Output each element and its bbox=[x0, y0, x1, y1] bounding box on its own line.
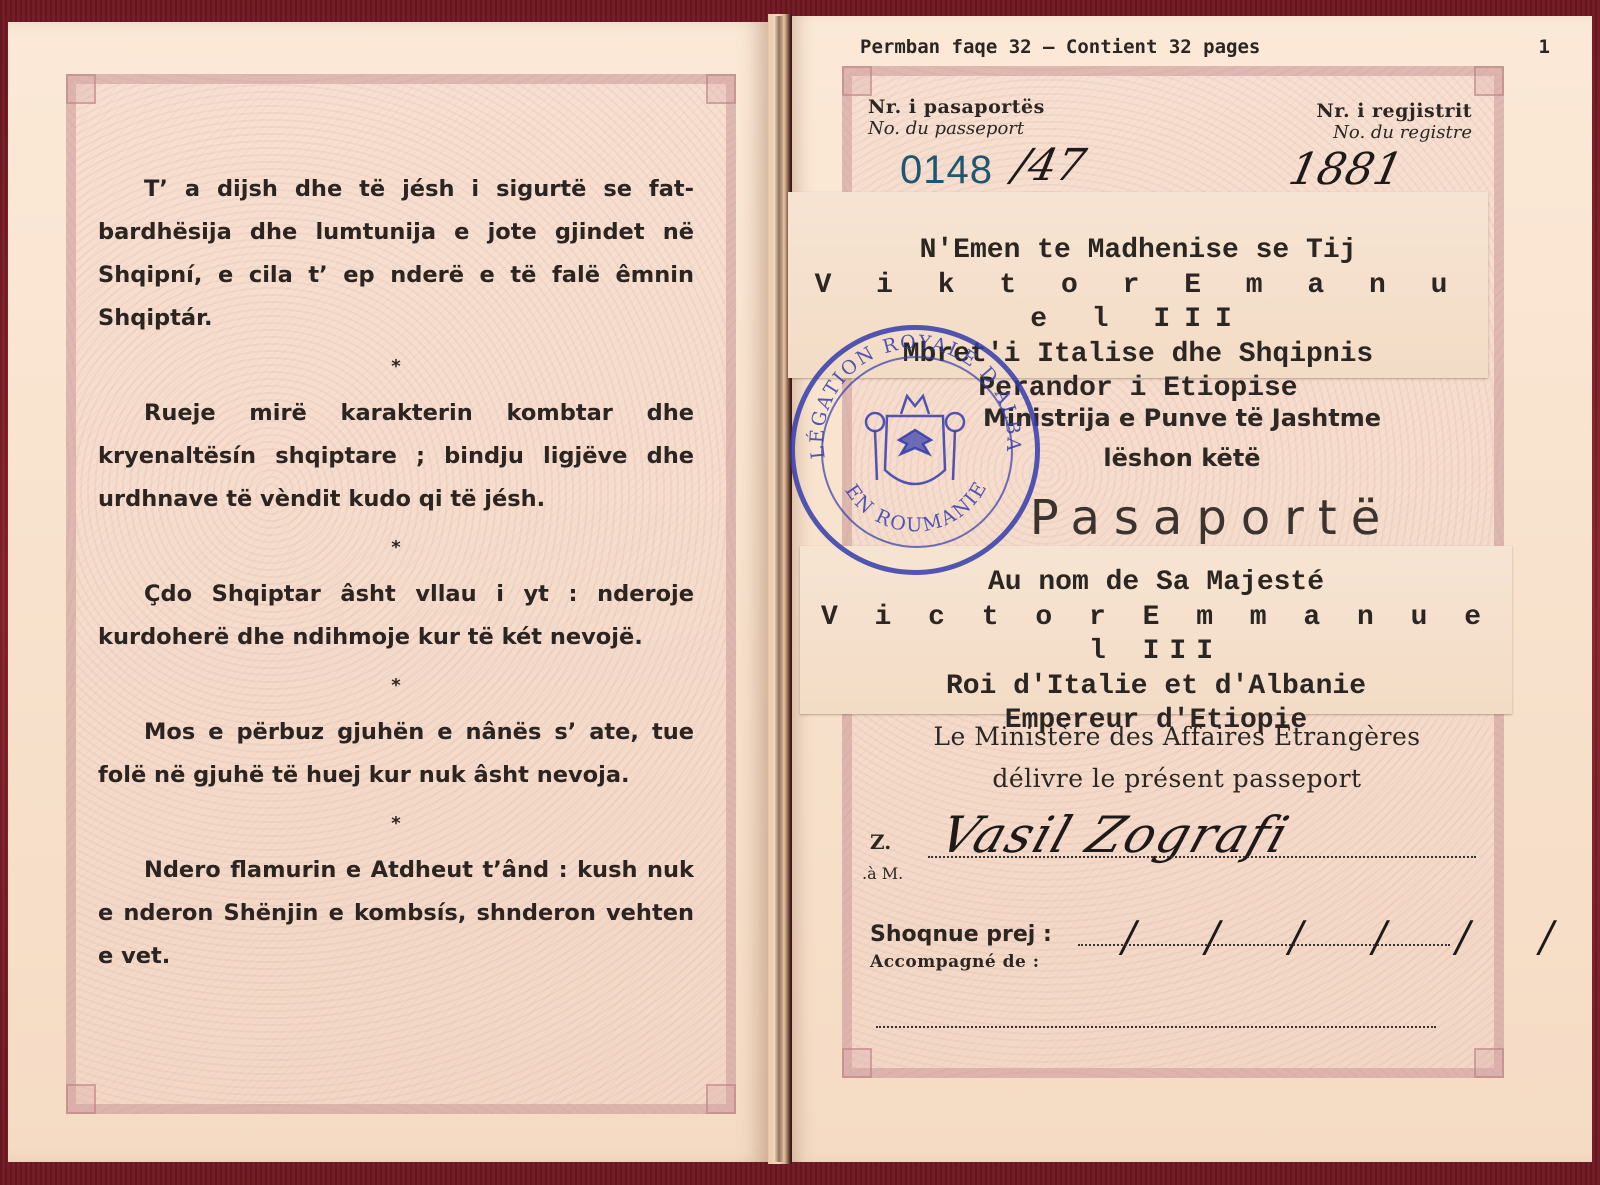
ornament-corner-icon bbox=[706, 74, 736, 104]
accompanied-label-fr: Accompagné de : bbox=[870, 952, 1040, 972]
accompanied-label-sq: Shoqnue prej : bbox=[870, 922, 1052, 947]
ornament-corner-icon bbox=[706, 1084, 736, 1114]
patriotic-maxims: T’ a dijsh dhe të jésh i sigurtë se fat-… bbox=[98, 168, 694, 978]
ornament-corner-icon bbox=[1474, 1048, 1504, 1078]
holder-dotted-line bbox=[928, 856, 1476, 858]
ornament-corner-icon bbox=[842, 66, 872, 96]
passport-number-stamped: 0148 bbox=[900, 148, 993, 193]
ornament-corner-icon bbox=[842, 1048, 872, 1078]
maxim-paragraph: Ndero flamurin e Atdheut t’ând : kush nu… bbox=[98, 849, 694, 978]
accompanied-dotted-line bbox=[1078, 944, 1450, 946]
page-number: 1 bbox=[1539, 36, 1550, 58]
consular-stamp: LÉGATION ROYALE D'ALBANIE EN ROUMANIE bbox=[790, 325, 1040, 575]
stamp-text-bottom: EN ROUMANIE bbox=[841, 477, 993, 537]
coat-of-arms-icon bbox=[866, 396, 964, 484]
stamp-text-ring: LÉGATION ROYALE D'ALBANIE EN ROUMANIE bbox=[795, 330, 1035, 570]
page-header: Permban faqe 32 — Contient 32 pages 1 bbox=[860, 36, 1550, 58]
ornament-corner-icon bbox=[66, 1084, 96, 1114]
separator-star-icon: * bbox=[98, 527, 694, 569]
maxim-paragraph: Mos e përbuz gjuhën e nânës s’ ate, tue … bbox=[98, 711, 694, 797]
holder-prefix-fr: .à M. bbox=[862, 864, 903, 883]
ornament-corner-icon bbox=[1474, 66, 1504, 96]
register-number-label: Nr. i regjistrit No. du registre bbox=[1272, 100, 1472, 143]
maxim-paragraph: T’ a dijsh dhe të jésh i sigurtë se fat-… bbox=[98, 168, 694, 340]
holder-prefix-sq: Z. bbox=[870, 830, 891, 854]
passport-number-label: Nr. i pasaportës No. du passeport bbox=[868, 96, 1168, 139]
passport-number-handwritten: /47 bbox=[1009, 140, 1091, 191]
right-page: Permban faqe 32 — Contient 32 pages 1 Nr… bbox=[792, 16, 1592, 1162]
accompanied-second-dotted-line bbox=[876, 1026, 1436, 1028]
maxim-paragraph: Rueje mirë karakterin kombtar dhe kryena… bbox=[98, 392, 694, 521]
separator-star-icon: * bbox=[98, 346, 694, 388]
separator-star-icon: * bbox=[98, 665, 694, 707]
accompanied-value-handwritten: / / / / / / bbox=[1122, 912, 1582, 961]
svg-text:EN ROUMANIE: EN ROUMANIE bbox=[841, 477, 993, 537]
maxim-paragraph: Çdo Shqiptar âsht vllau i yt : nderoje k… bbox=[98, 573, 694, 659]
book-gutter bbox=[775, 16, 783, 1162]
ornament-corner-icon bbox=[66, 74, 96, 104]
issuer-french: Le Ministère des Affaires Étrangères dél… bbox=[852, 716, 1502, 800]
separator-star-icon: * bbox=[98, 803, 694, 845]
register-number-handwritten: 1881 bbox=[1285, 144, 1408, 195]
pages-note: Permban faqe 32 — Contient 32 pages bbox=[860, 36, 1260, 58]
